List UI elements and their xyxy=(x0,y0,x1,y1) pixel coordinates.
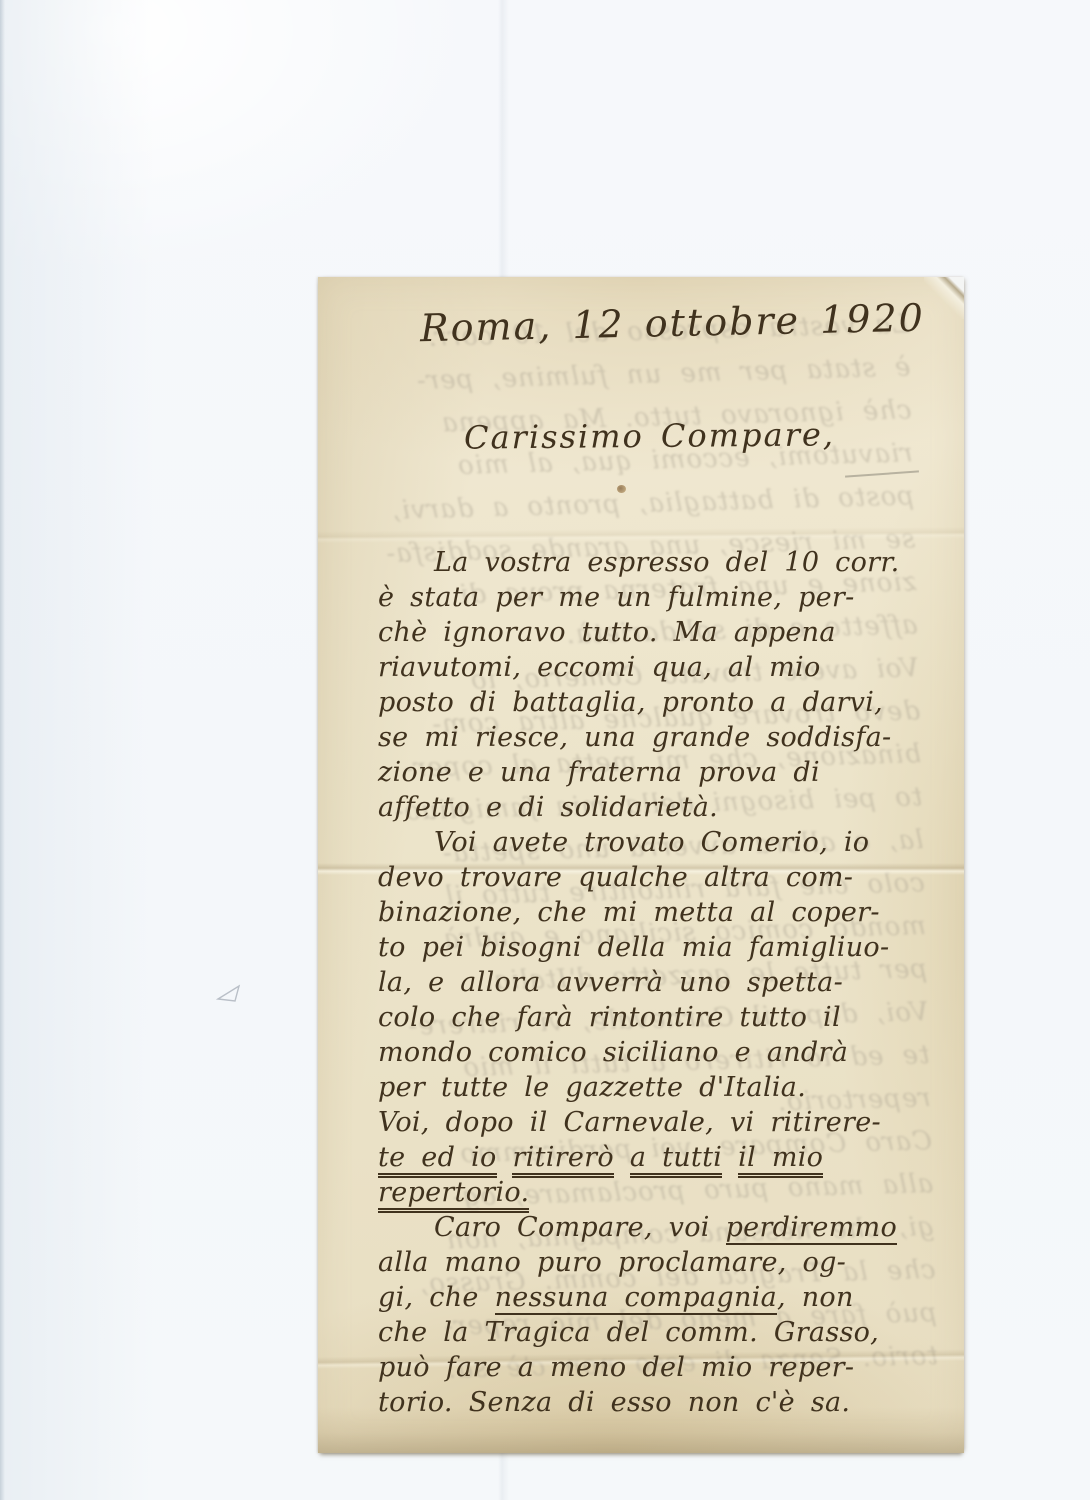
letter-line: la, e allora avverrà uno spetta- xyxy=(378,965,900,1000)
letter-body: La vostra espresso del 10 corr.è stata p… xyxy=(378,545,900,1420)
letter-text-segment: per tutte le gazzette d'Italia. xyxy=(378,1072,806,1103)
letter-text-segment: nessuna compagnia xyxy=(495,1282,777,1315)
letter-text-segment: ritirerò xyxy=(512,1142,613,1178)
letter-line: colo che farà rintontire tutto il xyxy=(378,1000,900,1035)
letter-line: devo trovare qualche altra com- xyxy=(378,860,900,895)
letter-text-segment: te ed io xyxy=(378,1142,497,1178)
letter-text-segment: a tutti xyxy=(630,1142,722,1178)
letter-text-segment: binazione, che mi metta al coper- xyxy=(378,897,880,928)
scan-background: La vostra espresso del 10 corr.è stata p… xyxy=(0,0,1090,1500)
letter-text-segment: la, e allora avverrà uno spetta- xyxy=(378,967,843,998)
letter-text-segment: to pei bisogni della mia famigliuo- xyxy=(378,932,889,963)
letter-text-segment xyxy=(614,1142,630,1173)
letter-line: affetto e di solidarietà. xyxy=(378,790,900,825)
letter-salutation: Carissimo Compare, xyxy=(464,415,835,456)
letter-line: Caro Compare, voi perdiremmo xyxy=(378,1210,900,1245)
ink-spot xyxy=(617,485,626,493)
letter-text-segment xyxy=(497,1142,513,1173)
letter-text-segment xyxy=(722,1142,738,1173)
letter-paper: La vostra espresso del 10 corr.è stata p… xyxy=(318,277,964,1453)
letter-text-segment: mondo comico siciliano e andrà xyxy=(378,1037,848,1068)
letter-line: Voi avete trovato Comerio, io xyxy=(378,825,900,860)
letter-line: chè ignoravo tutto. Ma appena xyxy=(378,615,900,650)
letter-text-segment: colo che farà rintontire tutto il xyxy=(378,1002,841,1033)
letter-text-segment: zione e una fraterna prova di xyxy=(378,757,820,788)
letter-text-segment: Caro Compare, voi xyxy=(434,1212,726,1243)
letter-text-segment: repertorio. xyxy=(378,1177,529,1213)
letter-line: se mi riesce, una grande soddisfa- xyxy=(378,720,900,755)
letter-text-segment: chè ignoravo tutto. Ma appena xyxy=(378,617,836,648)
fold-crease xyxy=(318,527,964,544)
letter-text-segment: perdiremmo xyxy=(726,1212,897,1245)
letter-text-segment: che la Tragica del comm. Grasso, xyxy=(378,1317,879,1348)
letter-text-segment: devo trovare qualche altra com- xyxy=(378,862,853,893)
paper-corner-fold xyxy=(924,277,964,319)
letter-text-segment: , non xyxy=(777,1282,854,1313)
letter-text-segment: Voi, dopo il Carnevale, vi ritirere- xyxy=(378,1107,881,1138)
letter-text-segment: riavutomi, eccomi qua, al mio xyxy=(378,652,821,683)
letter-line: gi, che nessuna compagnia, non xyxy=(378,1280,900,1315)
letter-text-segment: torio. Senza di esso non c'è sa. xyxy=(378,1387,850,1418)
letter-text-segment: se mi riesce, una grande soddisfa- xyxy=(378,722,891,753)
letter-line: binazione, che mi metta al coper- xyxy=(378,895,900,930)
letter-text-segment: Voi avete trovato Comerio, io xyxy=(434,827,869,858)
letter-text-segment: il mio xyxy=(738,1142,823,1178)
pencil-dash xyxy=(845,470,919,477)
letter-line: posto di battaglia, pronto a darvi, xyxy=(378,685,900,720)
letter-line: che la Tragica del comm. Grasso, xyxy=(378,1315,900,1350)
letter-text-segment: affetto e di solidarietà. xyxy=(378,792,718,823)
letter-line: è stata per me un fulmine, per- xyxy=(378,580,900,615)
letter-text-segment: La vostra espresso del 10 corr. xyxy=(434,547,900,578)
letter-line: te ed io ritirerò a tutti il mio xyxy=(378,1140,900,1175)
letter-line: riavutomi, eccomi qua, al mio xyxy=(378,650,900,685)
pencil-doodle xyxy=(216,982,244,1004)
letter-line: per tutte le gazzette d'Italia. xyxy=(378,1070,900,1105)
letter-line: alla mano puro proclamare, og- xyxy=(378,1245,900,1280)
letter-place-date: Roma, 12 ottobre 1920 xyxy=(420,296,926,351)
letter-line: mondo comico siciliano e andrà xyxy=(378,1035,900,1070)
letter-line: La vostra espresso del 10 corr. xyxy=(378,545,900,580)
letter-line: può fare a meno del mio reper- xyxy=(378,1350,900,1385)
letter-text-segment: gi, che xyxy=(378,1282,495,1313)
letter-line: zione e una fraterna prova di xyxy=(378,755,900,790)
letter-line: Voi, dopo il Carnevale, vi ritirere- xyxy=(378,1105,900,1140)
letter-text-segment: può fare a meno del mio reper- xyxy=(378,1352,854,1383)
letter-text-segment: è stata per me un fulmine, per- xyxy=(378,582,855,613)
letter-line: torio. Senza di esso non c'è sa. xyxy=(378,1385,900,1420)
letter-text-segment: posto di battaglia, pronto a darvi, xyxy=(378,687,883,718)
letter-line: repertorio. xyxy=(378,1175,900,1210)
letter-line: to pei bisogni della mia famigliuo- xyxy=(378,930,900,965)
bleed-through-line: posto di battaglia, pronto a darvi, xyxy=(348,475,915,534)
bleed-through-line: è stata per me un fulmine, per- xyxy=(344,346,911,405)
letter-text-segment: alla mano puro proclamare, og- xyxy=(378,1247,846,1278)
